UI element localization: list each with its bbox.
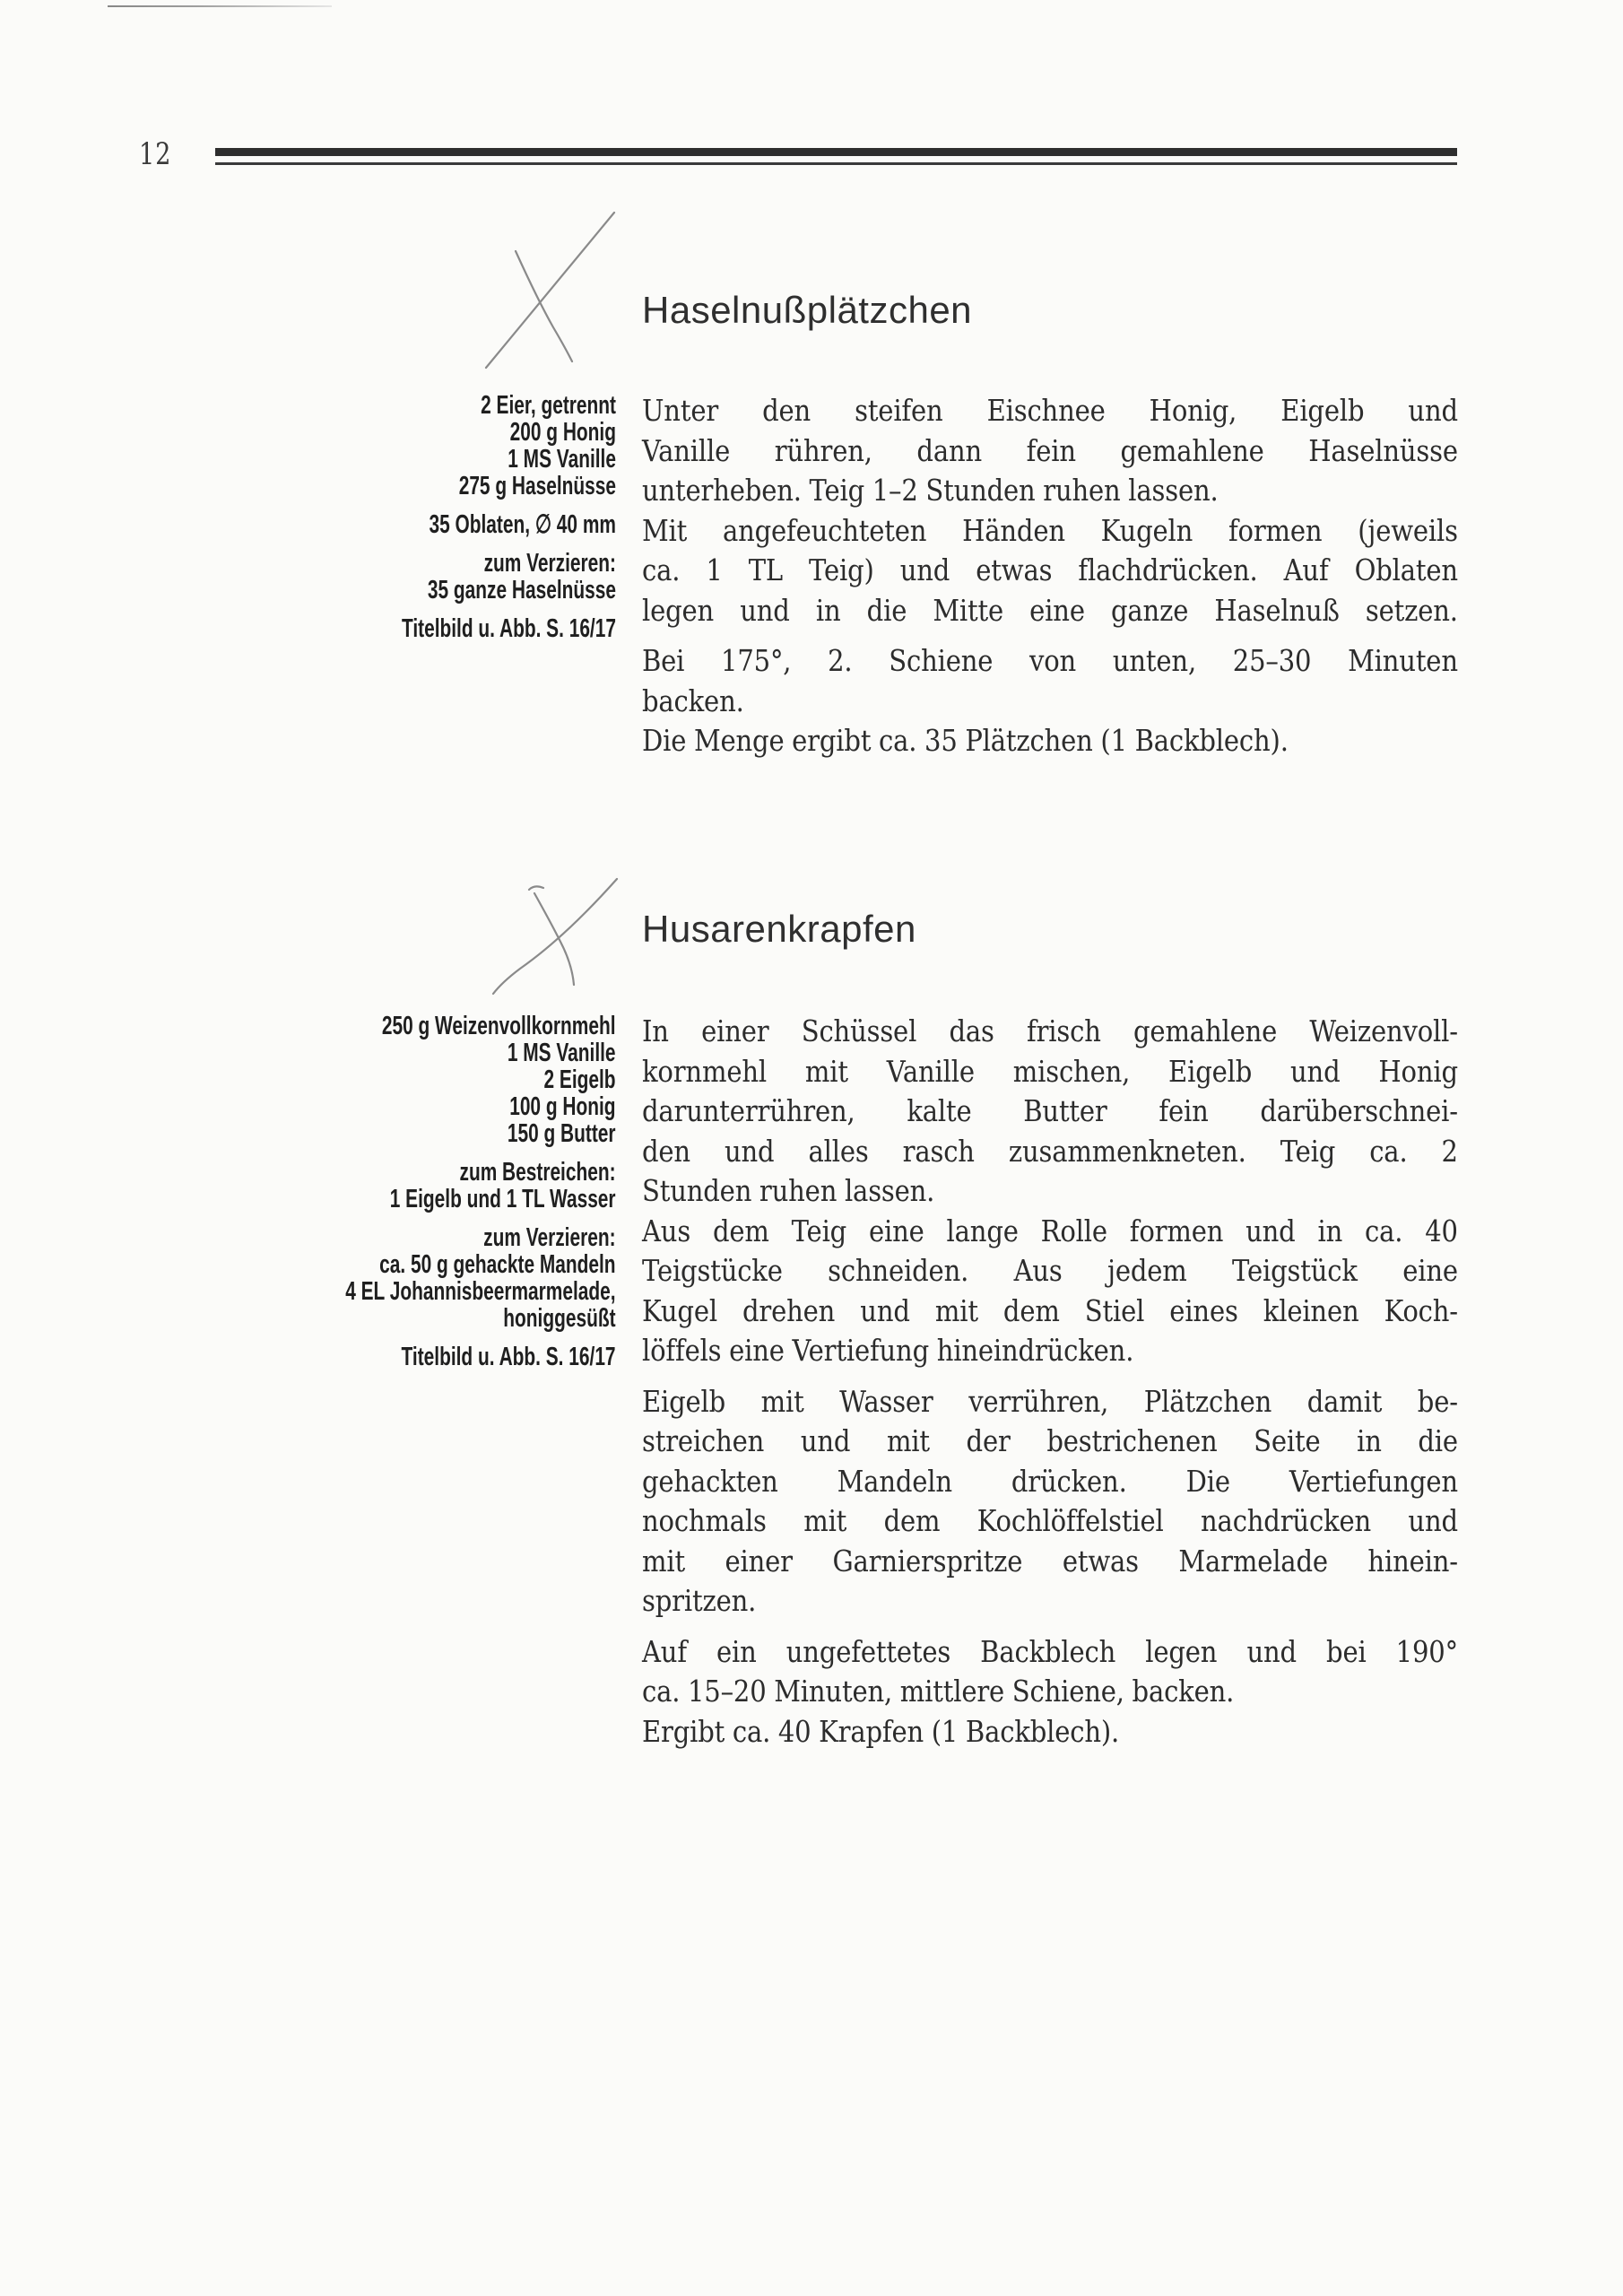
word: TL <box>749 551 783 591</box>
word: mischen, <box>1013 1052 1130 1092</box>
word: 2 <box>1442 1132 1458 1172</box>
word: Honig, <box>1150 391 1237 431</box>
word: mittlere <box>900 1672 1004 1712</box>
word: backen. <box>1133 1672 1235 1712</box>
word: Plätzchen <box>1144 1382 1271 1422</box>
word: flachdrücken. <box>1078 551 1257 591</box>
x-mark-icon <box>484 861 646 1004</box>
word: Unter <box>642 391 718 431</box>
ingredient-line: 200 g Honig <box>402 419 616 446</box>
ingredient-line: 275 g Haselnüsse <box>402 473 616 500</box>
word: 40 <box>1425 1212 1458 1252</box>
word: Teig <box>810 471 864 511</box>
word: Aus <box>1014 1251 1063 1291</box>
word: Oblaten <box>1355 551 1458 591</box>
ingredient-group: zum Verzieren: ca. 50 g gehackte Mandeln… <box>346 1224 616 1332</box>
word: Plätzchen <box>965 721 1092 761</box>
x-mark-icon <box>453 202 632 381</box>
text-line: miteinerGarnierspritzeetwasMarmeladehine… <box>642 1542 1458 1582</box>
word: einer <box>725 1542 793 1582</box>
instruction-paragraph: AufeinungefettetesBackblechlegenundbei19… <box>642 1632 1458 1752</box>
word: und <box>801 1422 850 1462</box>
ingredient-line: 35 Oblaten, ∅ 40 mm <box>402 511 616 538</box>
text-line: MitangefeuchtetenHändenKugelnformen(jewe… <box>642 511 1458 552</box>
instruction-paragraph: IneinerSchüsseldasfrischgemahleneWeizenv… <box>642 1012 1458 1371</box>
word: Marmelade <box>1178 1542 1327 1582</box>
word: legen <box>642 591 714 631</box>
word: ein <box>716 1632 757 1673</box>
word: darunterrühren, <box>642 1091 855 1132</box>
word: zusammenkneten. <box>1009 1132 1246 1172</box>
text-line: spritzen. <box>642 1581 1458 1622</box>
ingredient-line: 1 MS Vanille <box>402 446 616 473</box>
ingredient-subheading: zum Verzieren: <box>402 550 616 577</box>
word: 15–20 <box>688 1672 767 1712</box>
word: Eigelb <box>642 1382 725 1422</box>
word: Minuten <box>1348 641 1458 682</box>
text-line: IneinerSchüsseldasfrischgemahleneWeizenv… <box>642 1012 1458 1052</box>
text-line: streichenundmitderbestrichenenSeiteindie <box>642 1422 1458 1462</box>
word: Schiene <box>889 641 993 682</box>
word: (1 <box>932 1712 958 1752</box>
word: Vanille <box>887 1052 975 1092</box>
word: und <box>1245 1212 1295 1252</box>
word: unten, <box>1113 641 1196 682</box>
ingredient-list: 250 g Weizenvollkornmehl 1 MS Vanille 2 … <box>346 1013 616 1382</box>
word: und <box>1408 391 1457 431</box>
word: dem <box>713 1212 769 1252</box>
word: und <box>1290 1052 1340 1092</box>
word: ca. <box>642 551 680 591</box>
word: Butter <box>1023 1091 1107 1132</box>
text-line: ca.1TLTeig)undetwasflachdrücken.AufOblat… <box>642 551 1458 591</box>
word: fein <box>1027 431 1076 472</box>
word: fein <box>1159 1091 1208 1132</box>
word: be- <box>1418 1382 1458 1422</box>
word: setzen. <box>1366 591 1458 631</box>
instruction-paragraph: Bei175°,2.Schienevonunten,25–30Minuten b… <box>642 641 1458 761</box>
word: jedem <box>1107 1251 1187 1291</box>
word: Eischnee <box>987 391 1106 431</box>
word: von <box>1029 641 1076 682</box>
word: Weizenvoll- <box>1309 1012 1457 1052</box>
word: Schiene, <box>1012 1672 1124 1712</box>
ingredient-line: 1 Eigelb und 1 TL Wasser <box>346 1186 616 1213</box>
word: und <box>740 591 789 631</box>
text-line: UnterdensteifenEischneeHonig,Eigelbund <box>642 391 1458 431</box>
word: Menge <box>694 721 785 761</box>
word: lange <box>947 1212 1019 1252</box>
text-line: unterheben.Teig1–2Stundenruhenlassen. <box>642 471 1458 511</box>
word: mit <box>935 1291 978 1332</box>
word: löffels <box>642 1331 721 1371</box>
word: kornmehl <box>642 1052 767 1092</box>
text-line: legenundindieMitteeineganzeHaselnußsetze… <box>642 591 1458 631</box>
word: mit <box>761 1382 804 1422</box>
word: Haselnüsse <box>1308 431 1458 472</box>
instruction-paragraph: EigelbmitWasserverrühren,Plätzchendamitb… <box>642 1382 1458 1622</box>
word: 2. <box>828 641 852 682</box>
header-rule-thick <box>215 148 1457 156</box>
word: damit <box>1307 1382 1383 1422</box>
recipe-title: Husarenkrapfen <box>642 908 916 951</box>
word: das <box>949 1012 994 1052</box>
recipe-instructions: IneinerSchüsseldasfrischgemahleneWeizenv… <box>642 1012 1458 1752</box>
word: einer <box>701 1012 768 1052</box>
ingredient-line: 4 EL Johannisbeermarmelade, <box>346 1278 616 1305</box>
word: die <box>867 591 907 631</box>
word: und <box>1408 1501 1457 1542</box>
photo-reference: Titelbild u. Abb. S. 16/17 <box>346 1344 616 1370</box>
ingredient-group: 2 Eier, getrennt 200 g Honig 1 MS Vanill… <box>402 392 616 500</box>
word: ca. <box>733 1712 770 1752</box>
recipe-title: Haselnußplätzchen <box>642 289 972 332</box>
word: (jeweils <box>1358 511 1458 552</box>
text-line: nochmalsmitdemKochlöffelstielnachdrücken… <box>642 1501 1458 1542</box>
word: Wasser <box>839 1382 933 1422</box>
word: Ergibt <box>642 1712 725 1752</box>
word: 1 <box>706 551 722 591</box>
word: Teig <box>792 1212 846 1252</box>
word: darüberschnei- <box>1260 1091 1458 1132</box>
ingredient-subheading: zum Verzieren: <box>346 1224 616 1251</box>
word: Mit <box>642 511 687 552</box>
word: Mandeln <box>838 1462 952 1502</box>
word: Stiel <box>1085 1291 1144 1332</box>
word: und <box>900 551 950 591</box>
word: Kochlöffelstiel <box>977 1501 1164 1542</box>
word: lassen. <box>1128 471 1218 511</box>
word: in <box>1357 1422 1382 1462</box>
ingredient-line: 100 g Honig <box>346 1093 616 1120</box>
word: Kugeln <box>1101 511 1193 552</box>
word: ca. <box>1365 1212 1402 1252</box>
word: Backblech). <box>966 1712 1119 1752</box>
word: Koch- <box>1384 1291 1458 1332</box>
word: Teig <box>1280 1132 1335 1172</box>
word: Backblech <box>980 1632 1115 1673</box>
word: mit <box>887 1422 930 1462</box>
word: dem <box>884 1501 941 1542</box>
ingredient-line: honiggesüßt <box>346 1305 616 1332</box>
word: ca. <box>642 1672 680 1712</box>
word: ganze <box>1111 591 1188 631</box>
word: lassen. <box>845 1171 934 1212</box>
word: eines <box>1169 1291 1237 1332</box>
word: Krapfen <box>819 1712 924 1752</box>
word: Eigelb <box>1168 1052 1252 1092</box>
word: ca. <box>879 721 916 761</box>
word: backen. <box>642 682 744 722</box>
word: eine <box>729 1331 785 1371</box>
word: mit <box>805 1052 848 1092</box>
text-line: löffelseineVertiefunghineindrücken. <box>642 1331 1458 1371</box>
word: Schüssel <box>802 1012 916 1052</box>
scan-edge-line <box>108 5 332 7</box>
word: Eigelb <box>1280 391 1364 431</box>
word: formen <box>1130 1212 1223 1252</box>
text-line: KugeldrehenundmitdemStieleineskleinenKoc… <box>642 1291 1458 1332</box>
word: Teigstück <box>1232 1251 1358 1291</box>
word: Auf <box>1284 551 1329 591</box>
word: Die <box>1186 1462 1230 1502</box>
word: ca. <box>1369 1132 1407 1172</box>
recipe-instructions: UnterdensteifenEischneeHonig,Eigelbund V… <box>642 391 1458 761</box>
text-line: gehacktenMandelndrücken.DieVertiefungen <box>642 1462 1458 1502</box>
page-number: 12 <box>139 136 171 172</box>
word: 40 <box>778 1712 811 1752</box>
word: eine <box>1402 1251 1458 1291</box>
ingredient-line: 2 Eier, getrennt <box>402 392 616 419</box>
word: kalte <box>907 1091 971 1132</box>
header-rule-thin <box>215 162 1457 165</box>
text-line: DieMengeergibtca.35Plätzchen(1Backblech)… <box>642 721 1458 761</box>
word: den <box>762 391 811 431</box>
word: Garnierspritze <box>832 1542 1022 1582</box>
word: gemahlene <box>1133 1012 1277 1052</box>
ingredient-group: Titelbild u. Abb. S. 16/17 <box>346 1344 616 1370</box>
word: Mitte <box>933 591 1003 631</box>
word: Haselnuß <box>1214 591 1339 631</box>
word: Stunden <box>642 1171 751 1212</box>
text-line: backen. <box>642 682 1458 722</box>
ingredient-line: 150 g Butter <box>346 1120 616 1147</box>
ingredient-group: 250 g Weizenvollkornmehl 1 MS Vanille 2 … <box>346 1013 616 1147</box>
ingredient-group: zum Verzieren: 35 ganze Haselnüsse <box>402 550 616 604</box>
word: Vertiefung <box>792 1331 929 1371</box>
word: nochmals <box>642 1501 767 1542</box>
word: ruhen <box>1043 471 1120 511</box>
word: 25–30 <box>1233 641 1312 682</box>
word: drücken. <box>1011 1462 1127 1502</box>
word: formen <box>1228 511 1322 552</box>
word: unterheben. <box>642 471 802 511</box>
word: ruhen <box>759 1171 837 1212</box>
text-line: Stundenruhenlassen. <box>642 1171 1458 1212</box>
ingredient-line: 35 ganze Haselnüsse <box>402 577 616 604</box>
word: Auf <box>642 1632 687 1673</box>
word: in <box>1318 1212 1343 1252</box>
word: mit <box>803 1501 846 1542</box>
word: legen <box>1145 1632 1217 1673</box>
word: und <box>860 1291 909 1332</box>
word: 175°, <box>721 641 791 682</box>
word: bei <box>1326 1632 1367 1673</box>
word: hinein- <box>1367 1542 1457 1582</box>
text-line: Ergibtca.40Krapfen(1Backblech). <box>642 1712 1458 1752</box>
word: 190° <box>1396 1632 1458 1673</box>
text-line: denundallesraschzusammenkneten.Teigca.2 <box>642 1132 1458 1172</box>
word: mit <box>642 1542 685 1582</box>
word: gemahlene <box>1121 431 1264 472</box>
word: und <box>1246 1632 1296 1673</box>
word: verrühren, <box>968 1382 1108 1422</box>
word: Kugel <box>642 1291 717 1332</box>
word: den <box>642 1132 690 1172</box>
word: Die <box>642 721 686 761</box>
word: Backblech). <box>1135 721 1289 761</box>
word: eine <box>1029 591 1085 631</box>
word: Händen <box>962 511 1065 552</box>
ingredient-line: ca. 50 g gehackte Mandeln <box>346 1251 616 1278</box>
word: 1–2 <box>872 471 918 511</box>
text-line: kornmehlmitVanillemischen,EigelbundHonig <box>642 1052 1458 1092</box>
word: Rolle <box>1041 1212 1107 1252</box>
word: Aus <box>642 1212 690 1252</box>
word: spritzen. <box>642 1581 756 1622</box>
word: 35 <box>924 721 958 761</box>
word: und <box>725 1132 774 1172</box>
text-line: AufeinungefettetesBackblechlegenundbei19… <box>642 1632 1458 1673</box>
photo-reference: Titelbild u. Abb. S. 16/17 <box>402 615 616 642</box>
word: alles <box>809 1132 869 1172</box>
word: Teig) <box>809 551 874 591</box>
word: dann <box>916 431 982 472</box>
word: etwas <box>976 551 1052 591</box>
word: Minuten, <box>774 1672 892 1712</box>
ingredient-group: Titelbild u. Abb. S. 16/17 <box>402 615 616 642</box>
word: in <box>816 591 841 631</box>
word: Vanille <box>642 431 730 472</box>
text-line: Bei175°,2.Schienevonunten,25–30Minuten <box>642 641 1458 682</box>
word: (1 <box>1100 721 1126 761</box>
word: Seite <box>1254 1422 1320 1462</box>
word: gehackten <box>642 1462 778 1502</box>
ingredient-line: 2 Eigelb <box>346 1066 616 1093</box>
word: dem <box>1003 1291 1060 1332</box>
text-line: EigelbmitWasserverrühren,Plätzchendamitb… <box>642 1382 1458 1422</box>
word: Vertiefungen <box>1289 1462 1458 1502</box>
word: streichen <box>642 1422 764 1462</box>
word: hineindrücken. <box>937 1331 1134 1371</box>
word: eine <box>869 1212 924 1252</box>
word: etwas <box>1063 1542 1139 1582</box>
word: bestrichenen <box>1046 1422 1217 1462</box>
word: Teigstücke <box>642 1251 783 1291</box>
ingredient-subheading: zum Bestreichen: <box>346 1159 616 1186</box>
ingredient-line: 1 MS Vanille <box>346 1039 616 1066</box>
text-line: darunterrühren,kalteButterfeindarübersch… <box>642 1091 1458 1132</box>
word: der <box>967 1422 1011 1462</box>
word: rühren, <box>775 431 872 472</box>
word: ergibt <box>792 721 871 761</box>
word: schneiden. <box>828 1251 968 1291</box>
word: nachdrücken <box>1201 1501 1371 1542</box>
word: kleinen <box>1263 1291 1359 1332</box>
word: Honig <box>1378 1052 1458 1092</box>
word: Stunden <box>925 471 1035 511</box>
word: ungefettetes <box>786 1632 950 1673</box>
text-line: AusdemTeigeinelangeRolleformenundinca.40 <box>642 1212 1458 1252</box>
word: rasch <box>903 1132 975 1172</box>
ingredient-list: 2 Eier, getrennt 200 g Honig 1 MS Vanill… <box>402 392 616 654</box>
word: drehen <box>742 1291 835 1332</box>
ingredient-line: 250 g Weizenvollkornmehl <box>346 1013 616 1039</box>
text-line: Vanillerühren,dannfeingemahleneHaselnüss… <box>642 431 1458 472</box>
word: Bei <box>642 641 684 682</box>
ingredient-group: zum Bestreichen: 1 Eigelb und 1 TL Wasse… <box>346 1159 616 1213</box>
word: die <box>1418 1422 1458 1462</box>
text-line: ca.15–20Minuten,mittlereSchiene,backen. <box>642 1672 1458 1712</box>
word: steifen <box>855 391 942 431</box>
word: In <box>642 1012 669 1052</box>
ingredient-group: 35 Oblaten, ∅ 40 mm <box>402 511 616 538</box>
word: frisch <box>1027 1012 1101 1052</box>
word: angefeuchteten <box>723 511 926 552</box>
text-line: Teigstückeschneiden.AusjedemTeigstückein… <box>642 1251 1458 1291</box>
instruction-paragraph: UnterdensteifenEischneeHonig,Eigelbund V… <box>642 391 1458 631</box>
